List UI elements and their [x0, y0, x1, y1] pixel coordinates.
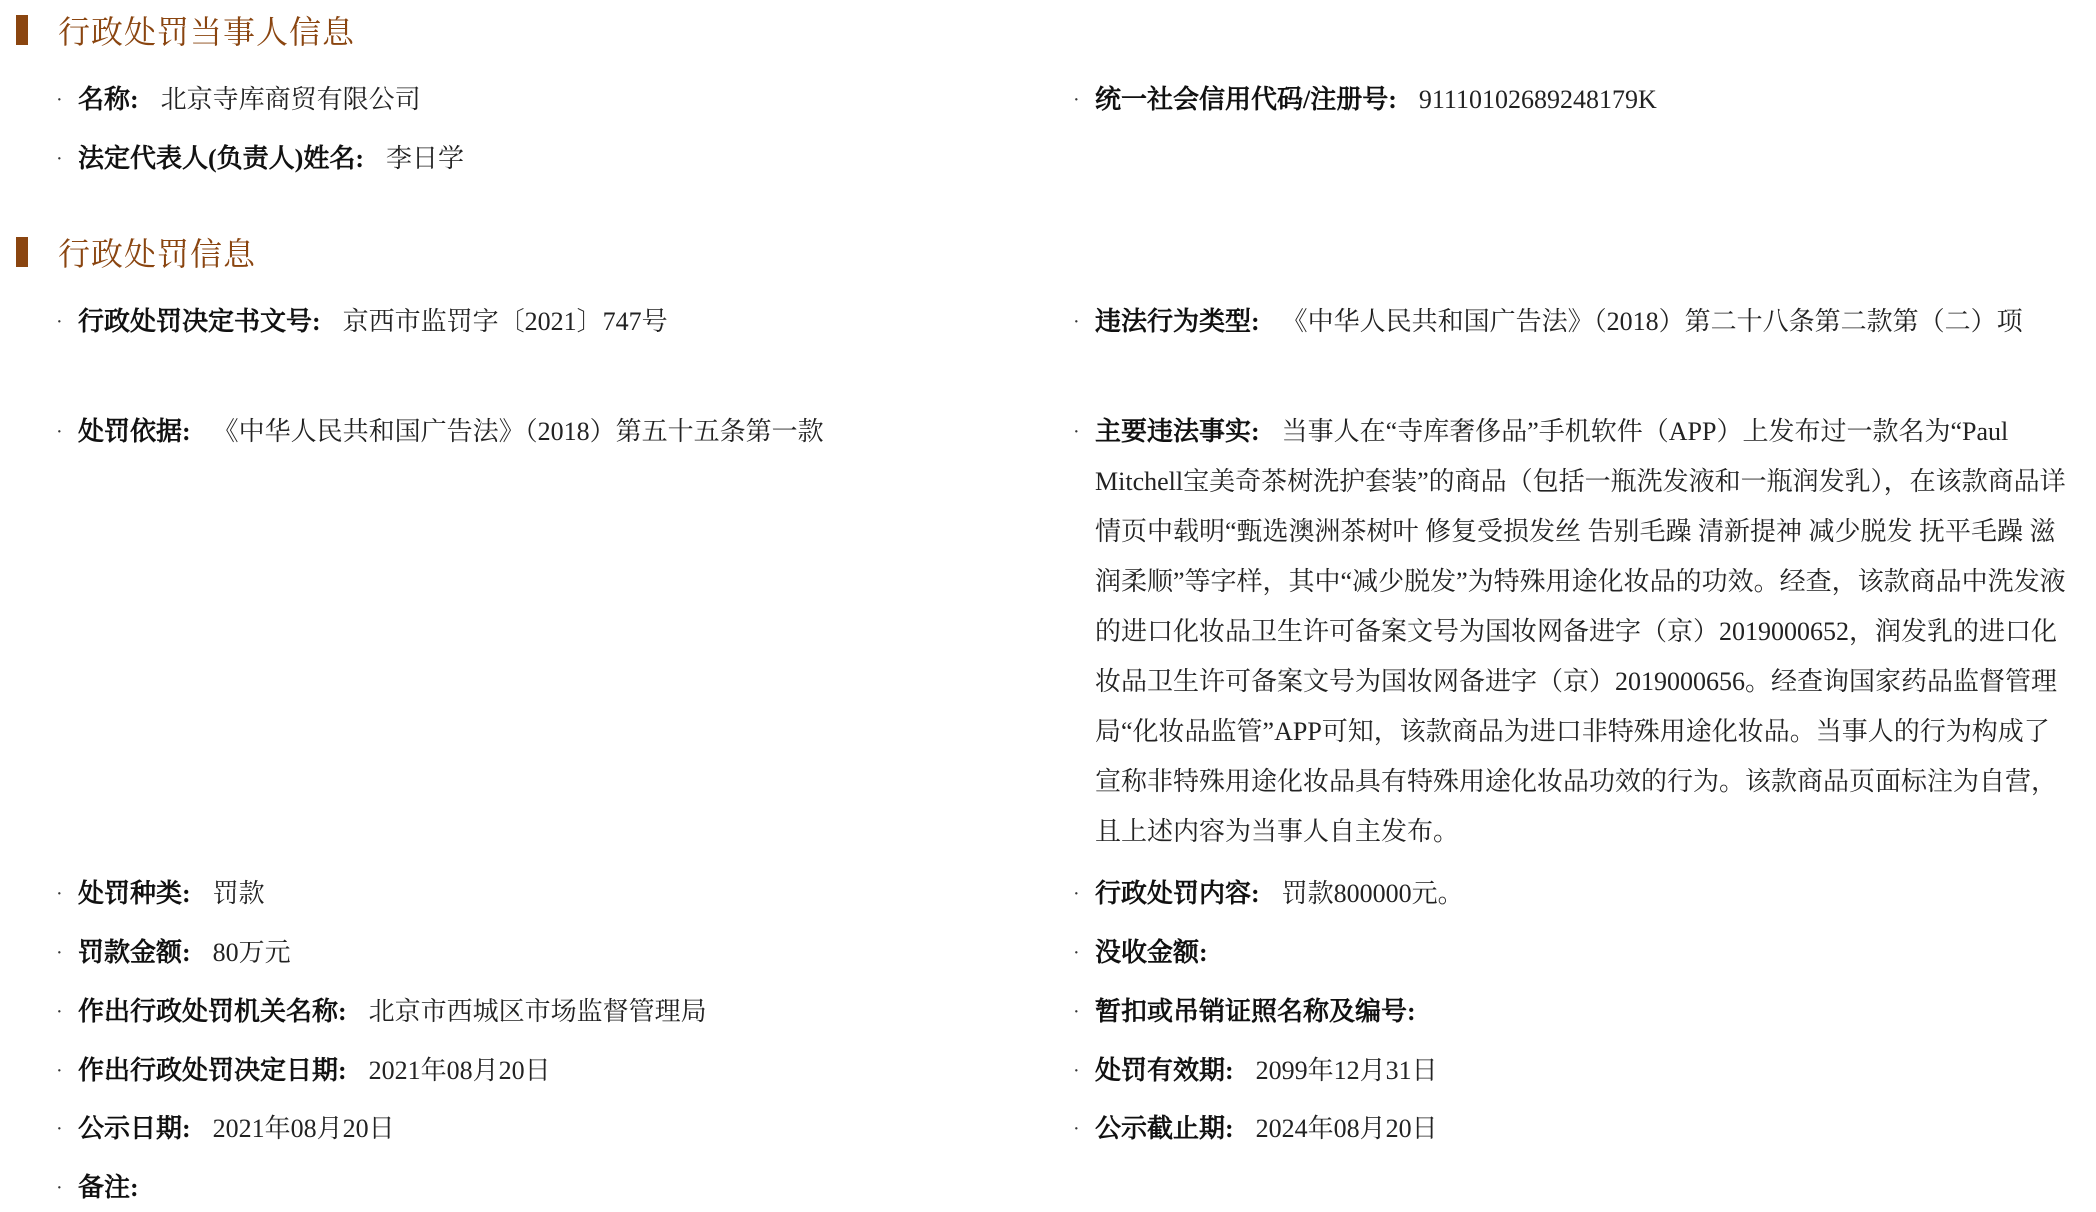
- field-decision-no: · 行政处罚决定书文号:京西市监罚字〔2021〕747号: [78, 297, 1028, 347]
- field-value: 北京寺库商贸有限公司: [161, 85, 421, 114]
- bullet-icon: ·: [1073, 75, 1080, 125]
- field-label: 行政处罚内容:: [1095, 879, 1260, 908]
- field-label: 公示截止期:: [1095, 1114, 1234, 1143]
- bullet-icon: ·: [1073, 987, 1080, 1037]
- field-label: 法定代表人(负责人)姓名:: [78, 144, 364, 173]
- field-value: 《中华人民共和国广告法》（2018）第二十八条第二款第（二）项: [1282, 307, 2023, 336]
- field-label: 处罚依据:: [78, 417, 191, 446]
- bullet-icon: ·: [56, 407, 63, 457]
- section-heading-penalty: 行政处罚信息: [16, 232, 256, 272]
- field-value: 80万元: [213, 938, 291, 967]
- field-violation-type: · 违法行为类型:《中华人民共和国广告法》（2018）第二十八条第二款第（二）项: [1095, 297, 2035, 347]
- field-value: 2021年08月20日: [213, 1114, 395, 1143]
- field-value: 《中华人民共和国广告法》（2018）第五十五条第一款: [213, 417, 824, 446]
- field-basis: · 处罚依据:《中华人民共和国广告法》（2018）第五十五条第一款: [78, 407, 1028, 457]
- field-label: 作出行政处罚决定日期:: [78, 1056, 347, 1085]
- bullet-icon: ·: [56, 928, 63, 978]
- field-value: 京西市监罚字〔2021〕747号: [343, 307, 668, 336]
- field-value: 北京市西城区市场监督管理局: [369, 997, 707, 1026]
- field-license: · 暂扣或吊销证照名称及编号:: [1095, 987, 2075, 1037]
- field-label: 统一社会信用代码/注册号:: [1095, 85, 1397, 114]
- heading-bar-marker: [16, 15, 28, 45]
- bullet-icon: ·: [56, 134, 63, 184]
- bullet-icon: ·: [56, 297, 63, 347]
- bullet-icon: ·: [56, 987, 63, 1037]
- field-value: 2021年08月20日: [369, 1056, 551, 1085]
- field-label: 作出行政处罚机关名称:: [78, 997, 347, 1026]
- field-authority: · 作出行政处罚机关名称:北京市西城区市场监督管理局: [78, 987, 1028, 1037]
- field-value: 罚款800000元。: [1282, 879, 1464, 908]
- field-label: 名称:: [78, 85, 139, 114]
- field-penalty-type: · 处罚种类:罚款: [78, 869, 1028, 919]
- field-confiscation-amount: · 没收金额:: [1095, 928, 2075, 978]
- field-name: · 名称:北京寺库商贸有限公司: [78, 75, 1028, 125]
- field-validity: · 处罚有效期:2099年12月31日: [1095, 1046, 2075, 1096]
- field-value: 当事人在“寺库奢侈品”手机软件（APP）上发布过一款名为“Paul Mitche…: [1095, 417, 2066, 846]
- field-credit-code: · 统一社会信用代码/注册号:91110102689248179K: [1095, 75, 2075, 125]
- field-penalty-content: · 行政处罚内容:罚款800000元。: [1095, 869, 2075, 919]
- field-label: 主要违法事实:: [1095, 417, 1260, 446]
- bullet-icon: ·: [56, 1104, 63, 1154]
- bullet-icon: ·: [1073, 297, 1080, 347]
- bullet-icon: ·: [1073, 1046, 1080, 1096]
- field-value: 2099年12月31日: [1256, 1056, 1438, 1085]
- field-remarks: · 备注:: [78, 1163, 1028, 1212]
- field-label: 罚款金额:: [78, 938, 191, 967]
- field-label: 处罚种类:: [78, 879, 191, 908]
- bullet-icon: ·: [1073, 1104, 1080, 1154]
- bullet-icon: ·: [1073, 407, 1080, 457]
- field-label: 违法行为类型:: [1095, 307, 1260, 336]
- field-label: 没收金额:: [1095, 938, 1208, 967]
- bullet-icon: ·: [56, 1163, 63, 1212]
- field-value: 91110102689248179K: [1419, 85, 1657, 114]
- section-heading-party: 行政处罚当事人信息: [16, 10, 355, 50]
- field-publish-end: · 公示截止期:2024年08月20日: [1095, 1104, 2075, 1154]
- bullet-icon: ·: [56, 1046, 63, 1096]
- field-value: 罚款: [213, 879, 265, 908]
- field-label: 备注:: [78, 1173, 139, 1202]
- field-publish-date: · 公示日期:2021年08月20日: [78, 1104, 1028, 1154]
- section-title-text: 行政处罚信息: [58, 229, 256, 275]
- heading-bar-marker: [16, 237, 28, 267]
- bullet-icon: ·: [1073, 869, 1080, 919]
- field-value: 李日学: [386, 144, 464, 173]
- field-fine-amount: · 罚款金额:80万元: [78, 928, 1028, 978]
- bullet-icon: ·: [56, 869, 63, 919]
- field-label: 公示日期:: [78, 1114, 191, 1143]
- bullet-icon: ·: [56, 75, 63, 125]
- field-value: 2024年08月20日: [1256, 1114, 1438, 1143]
- field-main-facts: · 主要违法事实:当事人在“寺库奢侈品”手机软件（APP）上发布过一款名为“Pa…: [1095, 407, 2075, 857]
- field-label: 处罚有效期:: [1095, 1056, 1234, 1085]
- section-title-text: 行政处罚当事人信息: [58, 7, 355, 53]
- field-label: 行政处罚决定书文号:: [78, 307, 321, 336]
- field-decision-date: · 作出行政处罚决定日期:2021年08月20日: [78, 1046, 1028, 1096]
- field-label: 暂扣或吊销证照名称及编号:: [1095, 997, 1416, 1026]
- field-legal-rep: · 法定代表人(负责人)姓名:李日学: [78, 134, 1028, 184]
- bullet-icon: ·: [1073, 928, 1080, 978]
